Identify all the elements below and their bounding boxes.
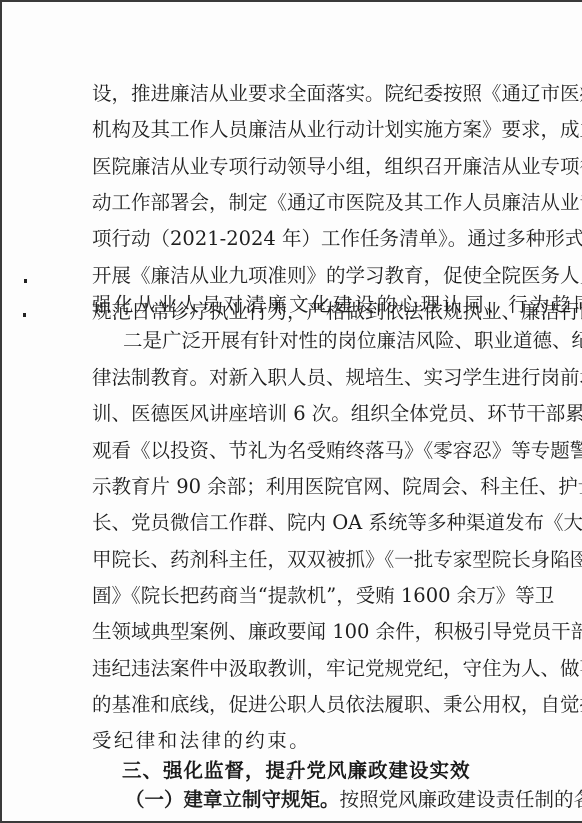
text-line: 生领域典型案例、廉政要闻 100 余件，积极引导党员干部从 <box>92 619 493 645</box>
text-line: 训、医德医风讲座培训 6 次。组织全体党员、环节干部累计 <box>92 401 493 427</box>
text-line: 律法制教育。对新入职人员、规培生、实习学生进行岗前培 <box>92 365 493 391</box>
text-line: 长、党员微信工作群、院内 OA 系统等多种渠道发布《大三 <box>92 510 493 536</box>
text-line: 二是广泛开展有针对性的岗位廉洁风险、职业道德、纪 <box>123 328 493 354</box>
text-line: 项行动（2021-2024 年）工作任务清单》。通过多种形式深入 <box>92 226 493 252</box>
text-line: 动工作部署会，制定《通辽市医院及其工作人员廉洁从业专 <box>92 190 493 216</box>
scan-mark <box>24 279 27 283</box>
subsection-text: 按照党风廉政建设责任制的各 <box>340 788 582 811</box>
text-line: 强化从业人员对清廉文化建设的心理认同、行为趋同。 <box>92 292 493 318</box>
text-line: 观看《以投资、节礼为名受贿终落马》《零容忍》等专题警 <box>92 438 493 464</box>
text-line: 违纪违法案件中汲取教训，牢记党规党纪，守住为人、做事 <box>92 656 493 682</box>
page-number: 4 <box>286 770 293 783</box>
text-line: 圄》《院长把药商当“提款机”，受贿 1600 余万》等卫 <box>92 583 493 609</box>
text-line: 机构及其工作人员廉洁从业行动计划实施方案》要求，成立 <box>92 117 493 143</box>
subsection-title: （一）建章立制守规矩。 <box>125 788 340 811</box>
document-page: 设，推进廉洁从业要求全面落实。院纪委按照《通辽市医疗 机构及其工作人员廉洁从业行… <box>0 0 582 823</box>
text-line: 受纪律和法律的约束。 <box>92 728 493 754</box>
text-line: 医院廉洁从业专项行动领导小组，组织召开廉洁从业专项行 <box>92 154 493 180</box>
text-line: 示教育片 90 余部；利用医院官网、院周会、科主任、护士 <box>92 474 493 500</box>
text-line: 开展《廉洁从业九项准则》的学习教育，促使全院医务人员 <box>92 263 493 289</box>
text-line: 的基准和底线，促进公职人员依法履职、秉公用权，自觉接 <box>92 692 493 718</box>
subsection-line: （一）建章立制守规矩。按照党风廉政建设责任制的各 <box>125 787 493 813</box>
text-line: 设，推进廉洁从业要求全面落实。院纪委按照《通辽市医疗 <box>92 81 493 107</box>
scan-mark <box>23 313 26 317</box>
section-heading: 三、强化监督，提升党风廉政建设实效 <box>122 758 471 784</box>
text-line: 甲院长、药剂科主任，双双被抓》《一批专家型院长身陷囹 <box>92 547 493 573</box>
